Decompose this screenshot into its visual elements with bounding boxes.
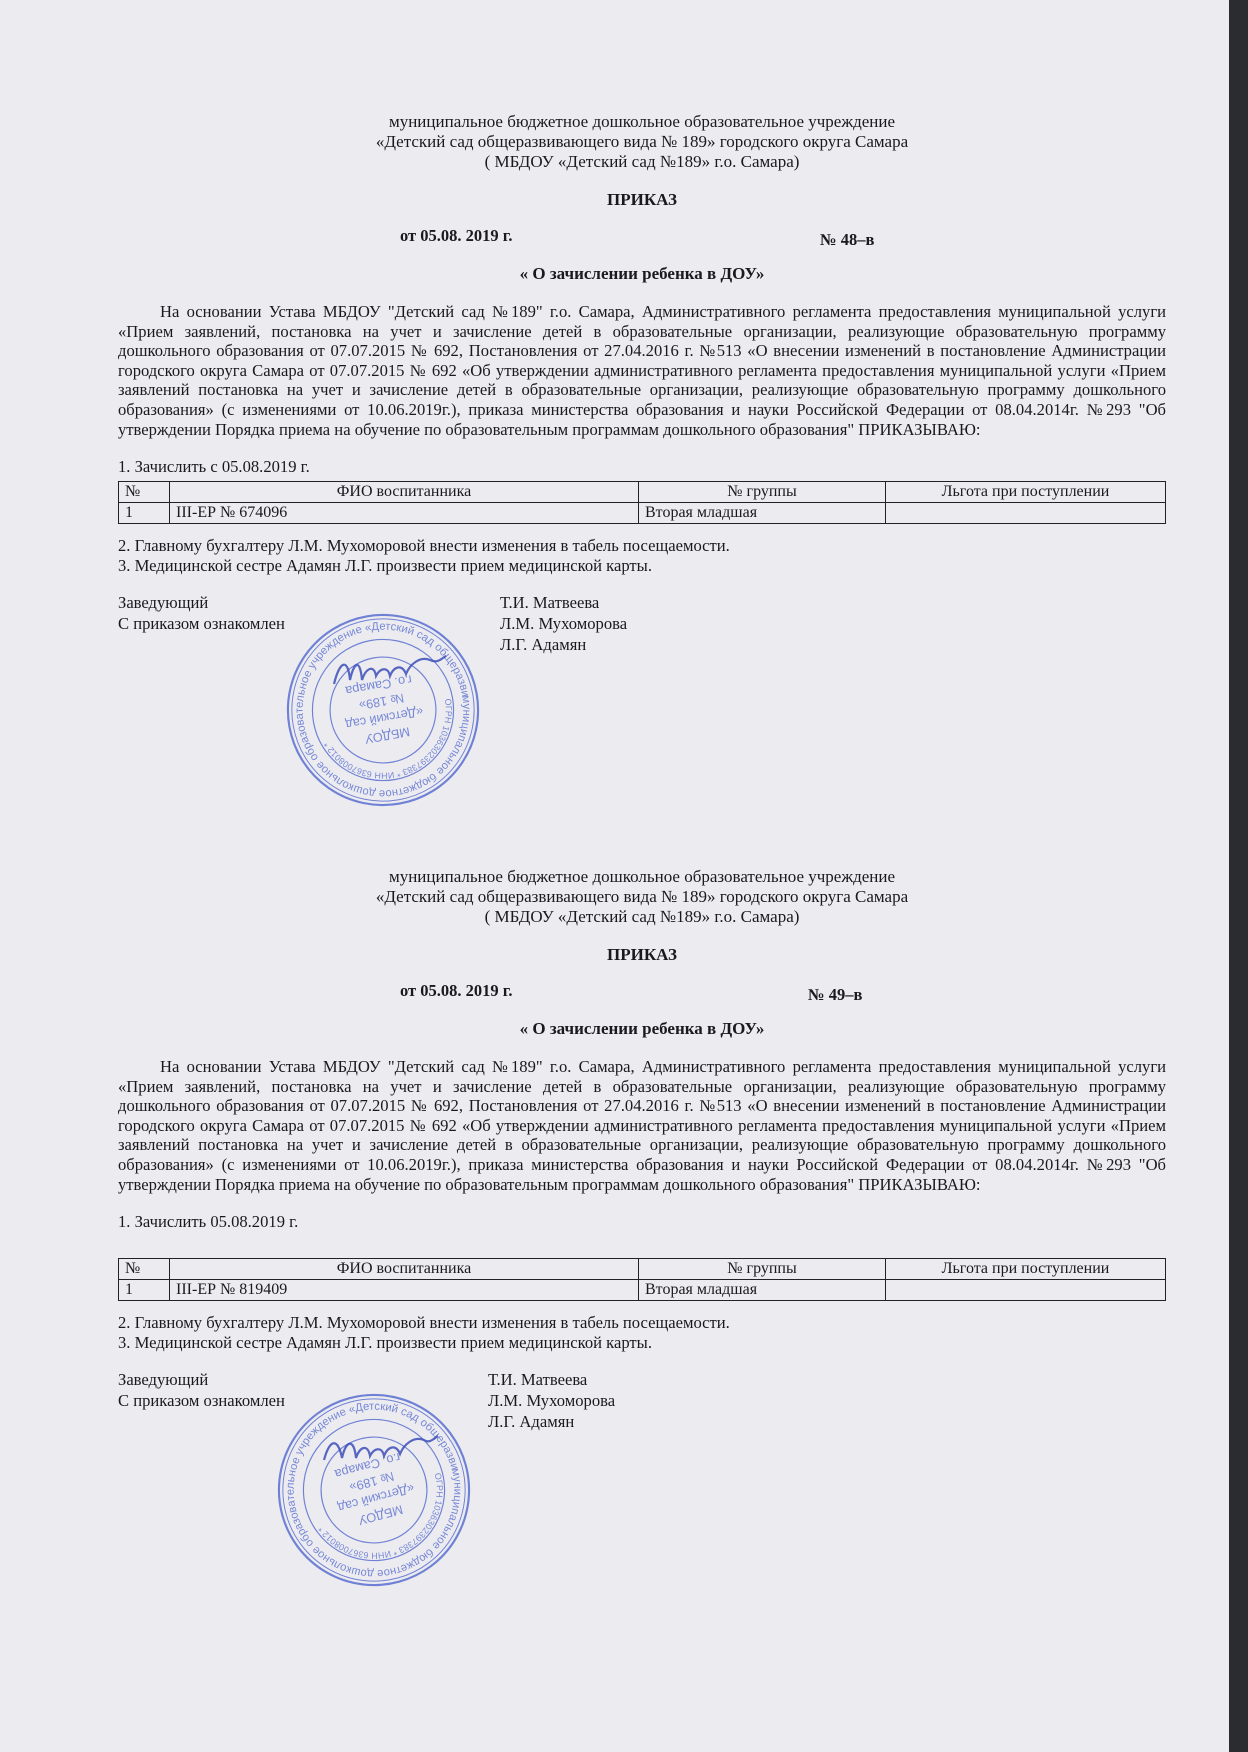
item-nurse: 3. Медицинской сестре Адамян Л.Г. произв… xyxy=(118,556,1166,576)
instructions: 2. Главному бухгалтеру Л.М. Мухоморовой … xyxy=(118,536,1166,576)
item-accountant: 2. Главному бухгалтеру Л.М. Мухоморовой … xyxy=(118,1313,1166,1333)
org-line-1: муниципальное бюджетное дошкольное образ… xyxy=(118,867,1166,887)
table-row: 1 III-ЕР № 819409 Вторая младшая xyxy=(119,1280,1166,1301)
acknowledged-label: С приказом ознакомлен xyxy=(118,613,285,634)
table-header-row: № ФИО воспитанника № группы Льгота при п… xyxy=(119,482,1166,503)
order-48: муниципальное бюджетное дошкольное образ… xyxy=(118,112,1166,656)
document-title: ПРИКАЗ xyxy=(118,190,1166,210)
instructions: 2. Главному бухгалтеру Л.М. Мухоморовой … xyxy=(118,1313,1166,1353)
order-number: № 49–в xyxy=(808,985,862,1005)
signer-role-head: Заведующий xyxy=(118,592,285,613)
signer-name-head: Т.И. Матвеева xyxy=(500,592,627,613)
order-date: от 05.08. 2019 г. xyxy=(400,981,513,1001)
org-line-3: ( МБДОУ «Детский сад №189» г.о. Самара) xyxy=(118,152,1166,172)
cell-benefit xyxy=(886,503,1166,524)
date-line: от 05.08. 2019 г. № 49–в xyxy=(118,981,1166,1005)
order-date: от 05.08. 2019 г. xyxy=(400,226,513,246)
org-header: муниципальное бюджетное дошкольное образ… xyxy=(118,867,1166,927)
header-group: № группы xyxy=(639,1259,886,1280)
document-title: ПРИКАЗ xyxy=(118,945,1166,965)
org-header: муниципальное бюджетное дошкольное образ… xyxy=(118,112,1166,172)
basis-paragraph: На основании Устава МБДОУ "Детский сад №… xyxy=(118,302,1166,439)
scanned-page: муниципальное бюджетное дошкольное образ… xyxy=(0,0,1229,1752)
org-line-3: ( МБДОУ «Детский сад №189» г.о. Самара) xyxy=(118,907,1166,927)
header-number: № xyxy=(119,1259,170,1280)
org-line-2: «Детский сад общеразвивающего вида № 189… xyxy=(118,887,1166,907)
order-subject: « О зачислении ребенка в ДОУ» xyxy=(118,1019,1166,1039)
signer-name-accountant: Л.М. Мухоморова xyxy=(488,1390,615,1411)
cell-number: 1 xyxy=(119,1280,170,1301)
table-header-row: № ФИО воспитанника № группы Льгота при п… xyxy=(119,1259,1166,1280)
cell-number: 1 xyxy=(119,503,170,524)
header-group: № группы xyxy=(639,482,886,503)
enrollment-table: № ФИО воспитанника № группы Льгота при п… xyxy=(118,1258,1166,1301)
enrollment-table: № ФИО воспитанника № группы Льгота при п… xyxy=(118,481,1166,524)
cell-group: Вторая младшая xyxy=(639,1280,886,1301)
signer-name-nurse: Л.Г. Адамян xyxy=(488,1411,615,1432)
item-accountant: 2. Главному бухгалтеру Л.М. Мухоморовой … xyxy=(118,536,1166,556)
header-benefit: Льгота при поступлении xyxy=(886,482,1166,503)
cell-group: Вторая младшая xyxy=(639,503,886,524)
signature-icon xyxy=(318,1430,442,1474)
header-benefit: Льгота при поступлении xyxy=(886,1259,1166,1280)
signature-icon xyxy=(330,650,450,694)
header-number: № xyxy=(119,482,170,503)
signer-role-head: Заведующий xyxy=(118,1369,285,1390)
cell-benefit xyxy=(886,1280,1166,1301)
order-subject: « О зачислении ребенка в ДОУ» xyxy=(118,264,1166,284)
cell-child-id: III-ЕР № 674096 xyxy=(170,503,639,524)
signer-name-accountant: Л.М. Мухоморова xyxy=(500,613,627,634)
official-stamp: муниципальное бюджетное дошкольное образ… xyxy=(269,596,496,823)
order-number: № 48–в xyxy=(820,230,874,250)
item-enroll: 1. Зачислить 05.08.2019 г. xyxy=(118,1212,1166,1232)
order-49: муниципальное бюджетное дошкольное образ… xyxy=(118,867,1166,1433)
basis-paragraph: На основании Устава МБДОУ "Детский сад №… xyxy=(118,1057,1166,1194)
signer-name-head: Т.И. Матвеева xyxy=(488,1369,615,1390)
item-enroll: 1. Зачислить с 05.08.2019 г. xyxy=(118,457,1166,477)
header-child-name: ФИО воспитанника xyxy=(170,482,639,503)
stamp-seal-icon: муниципальное бюджетное дошкольное образ… xyxy=(269,596,496,823)
org-line-2: «Детский сад общеразвивающего вида № 189… xyxy=(118,132,1166,152)
scanner-edge xyxy=(1229,0,1248,1752)
item-nurse: 3. Медицинской сестре Адамян Л.Г. произв… xyxy=(118,1333,1166,1353)
cell-child-id: III-ЕР № 819409 xyxy=(170,1280,639,1301)
date-line: от 05.08. 2019 г. № 48–в xyxy=(118,226,1166,250)
signer-name-nurse: Л.Г. Адамян xyxy=(500,634,627,655)
org-line-1: муниципальное бюджетное дошкольное образ… xyxy=(118,112,1166,132)
header-child-name: ФИО воспитанника xyxy=(170,1259,639,1280)
acknowledged-label: С приказом ознакомлен xyxy=(118,1390,285,1411)
table-row: 1 III-ЕР № 674096 Вторая младшая xyxy=(119,503,1166,524)
